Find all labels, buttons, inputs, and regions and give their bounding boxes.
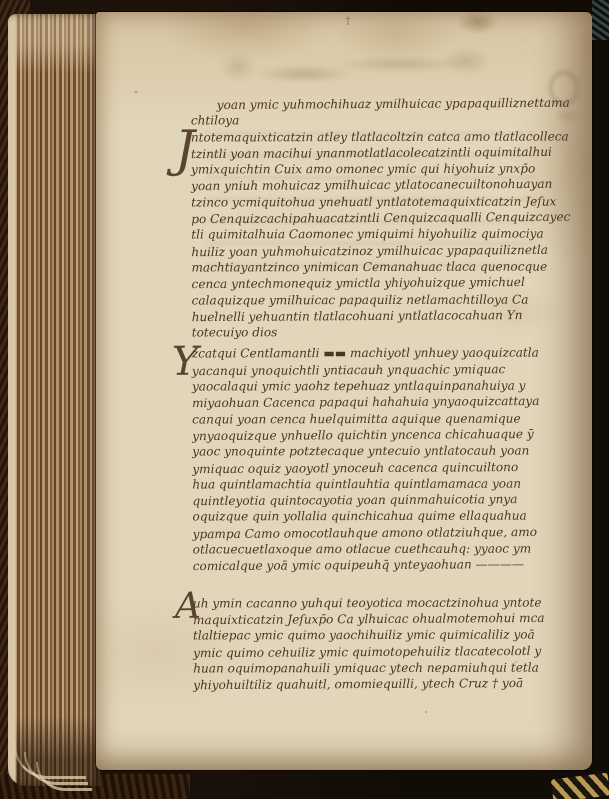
text-line: ynyaoquizque ynhuello quichtin yncenca c… — [192, 426, 558, 445]
text-line: ymic quimo cehuiliz ymic quimotopehuiliz… — [193, 642, 559, 661]
text-line: tlaltiepac ymic quimo yaochihuiliz ymic … — [193, 627, 559, 644]
manuscript-page: † yoan ymic yuhmochihuaz ymilhuicac ypap… — [96, 12, 592, 770]
text-line: yoan yniuh mohuicaz ymilhuicac ytlatocan… — [191, 176, 557, 195]
text-line: yacanqui ynoquichtli yntiacauh ynquachic… — [192, 361, 558, 380]
text-line: canqui yoan cenca huelquimitta aquique q… — [192, 410, 558, 427]
text-line: ntotemaquixticatzin atley tlatlacoltzin … — [191, 128, 557, 145]
text-line: oquizque quin yollalia quinchicahua quim… — [193, 508, 559, 525]
text-line: zcatqui Centlamantli ▬▬ machiyotl ynhuey… — [192, 345, 558, 362]
text-line: yhiyohuiltiliz quahuitl, omomiequilli, y… — [193, 675, 559, 694]
text-line: hua quintlamachtia quintlauhtia quintlam… — [192, 475, 558, 492]
spine-fabric-corner — [592, 0, 609, 40]
text-line: huiliz yoan yuhmohuicatzinoz ymilhuicac … — [191, 241, 557, 260]
text-line: totecuiyo dios — [192, 324, 558, 341]
text-line: chtiloya — [191, 112, 557, 129]
text-line: machtiayantzinco ynimican Cemanahuac tla… — [191, 258, 557, 275]
text-line: tzintli yoan macihui ynanmotlatlacolecat… — [191, 144, 557, 163]
paragraph: yoan ymic yuhmochihuaz ymilhuicac ypapaq… — [191, 95, 557, 129]
text-line: miyaohuan Cacenca papaqui hahahuia ynyao… — [192, 393, 558, 412]
text-line: calaquizque ymilhuicac papaquiliz netlam… — [192, 291, 558, 308]
text-line: comicalque yoā ymic oquipeuhq̄ ynteyaoh… — [193, 556, 559, 575]
text-line: cenca yntechmonequiz ymictla yhiyohuizqu… — [191, 274, 557, 293]
text-line: uh ymin cacanno yuhqui teoyotica mocactz… — [193, 594, 559, 611]
text-line: ymiquac oquiz yaoyotl ynoceuh cacenca qu… — [192, 458, 558, 477]
text-line: tli quimitalhuia Caomonec ymiquimi hiyoh… — [191, 226, 557, 243]
paragraph: Yzcatqui Centlamantli ▬▬ machiyotl ynhue… — [192, 345, 559, 575]
text-line: tzinco ycmiquitohua ynehuatl yntlatotema… — [191, 193, 557, 210]
text-line: huelnelli yehuantin tlatlacohuani yntlat… — [192, 307, 558, 326]
endband-ribbon — [551, 773, 609, 799]
text-block: yoan ymic yuhmochihuaz ymilhuicac ypapaq… — [191, 95, 560, 693]
paragraph: Jntotemaquixticatzin atley tlatlacoltzin… — [191, 128, 558, 341]
text-line: yaoc ynoquinte potztecaque yntecuio yntl… — [192, 443, 558, 460]
text-line: maquixticatzin Jeſuxp̄o Ca ylhuicac ohua… — [193, 610, 559, 629]
paragraph: Auh ymin cacanno yuhqui teoyotica mocact… — [193, 594, 559, 693]
text-line: huan oquimopanahuili ymiquac ytech nepam… — [193, 659, 559, 676]
text-line: ypampa Camo omocotlauhque amono otlatziu… — [193, 524, 559, 543]
header-cross-mark: † — [338, 14, 358, 32]
page-edges-stack — [8, 14, 100, 786]
